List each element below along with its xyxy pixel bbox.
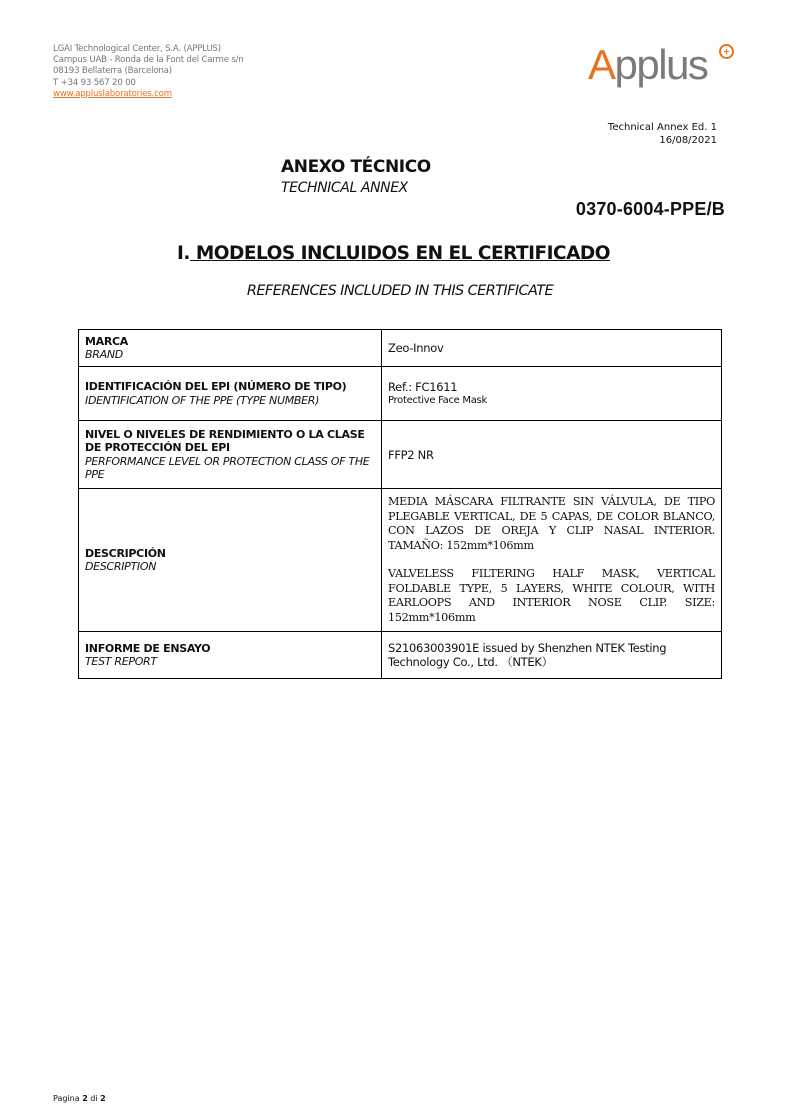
page-footer: Pagina 2 di 2 [53, 1094, 106, 1103]
table-row: MARCABRAND Zeo-Innov [79, 330, 722, 367]
test-report-value: S21063003901E issued by Shenzhen NTEK Te… [388, 641, 666, 669]
label-en: PERFORMANCE LEVEL OR PROTECTION CLASS OF… [85, 455, 375, 482]
footer-sep: di [88, 1094, 100, 1103]
protection-class-value: FFP2 NR [388, 448, 434, 462]
label-es: IDENTIFICACIÓN DEL EPI (NÚMERO DE TIPO) [85, 380, 375, 394]
address-line: 08193 Bellaterra (Barcelona) [53, 66, 244, 77]
row-label: MARCABRAND [79, 330, 382, 367]
section-title: I. MODELOS INCLUIDOS EN EL CERTIFICADO [0, 243, 787, 264]
table-row: NIVEL O NIVELES DE RENDIMIENTO O LA CLAS… [79, 421, 722, 489]
label-es: NIVEL O NIVELES DE RENDIMIENTO O LA CLAS… [85, 428, 375, 455]
description-es: MEDIA MÁSCARA FILTRANTE SIN VÁLVULA, DE … [388, 495, 715, 553]
row-value: FFP2 NR [382, 421, 722, 489]
label-es: MARCA [85, 335, 375, 349]
label-en: IDENTIFICATION OF THE PPE (TYPE NUMBER) [85, 394, 375, 408]
logo-letter: A [588, 41, 615, 88]
total-pages: 2 [100, 1094, 106, 1103]
label-en: DESCRIPTION [85, 560, 375, 574]
row-value: Ref.: FC1611Protective Face Mask [382, 367, 722, 421]
page-title: ANEXO TÉCNICO [281, 157, 431, 177]
plus-circle-icon [719, 44, 734, 59]
section-subtitle: REFERENCES INCLUDED IN THIS CERTIFICATE [0, 283, 787, 299]
phone-line: T +34 93 567 20 00 [53, 78, 244, 89]
section-number: I. [177, 243, 190, 264]
type-desc-value: Protective Face Mask [388, 394, 715, 408]
brand-value: Zeo-Innov [388, 341, 443, 355]
address-line: LGAI Technological Center, S.A. (APPLUS) [53, 44, 244, 55]
row-label: IDENTIFICACIÓN DEL EPI (NÚMERO DE TIPO)I… [79, 367, 382, 421]
label-es: DESCRIPCIÓN [85, 547, 375, 561]
applus-logo: Applus [588, 42, 743, 92]
certificate-number: 0370-6004-PPE/B [576, 199, 725, 220]
row-value: S21063003901E issued by Shenzhen NTEK Te… [382, 632, 722, 679]
description-en: VALVELESS FILTERING HALF MASK, VERTICAL … [388, 567, 715, 625]
label-es: INFORME DE ENSAYO [85, 642, 375, 656]
row-label: NIVEL O NIVELES DE RENDIMIENTO O LA CLAS… [79, 421, 382, 489]
type-ref-value: Ref.: FC1611 [388, 380, 715, 394]
table-row: INFORME DE ENSAYOTEST REPORT S2106300390… [79, 632, 722, 679]
table-row: IDENTIFICACIÓN DEL EPI (NÚMERO DE TIPO)I… [79, 367, 722, 421]
section-heading: MODELOS INCLUIDOS EN EL CERTIFICADO [190, 243, 610, 264]
footer-prefix: Pagina [53, 1094, 82, 1103]
table-row: DESCRIPCIÓNDESCRIPTION MEDIA MÁSCARA FIL… [79, 489, 722, 632]
page-subtitle: TECHNICAL ANNEX [281, 180, 408, 196]
annex-edition-block: Technical Annex Ed. 1 16/08/2021 [608, 121, 717, 147]
models-table: MARCABRAND Zeo-Innov IDENTIFICACIÓN DEL … [78, 329, 722, 679]
row-label: INFORME DE ENSAYOTEST REPORT [79, 632, 382, 679]
logo-text: pplus [615, 41, 708, 88]
address-line: Campus UAB - Ronda de la Font del Carme … [53, 55, 244, 66]
row-value: MEDIA MÁSCARA FILTRANTE SIN VÁLVULA, DE … [382, 489, 722, 632]
label-en: BRAND [85, 348, 375, 362]
website-link[interactable]: www.appluslaboratories.com [53, 89, 172, 99]
company-address: LGAI Technological Center, S.A. (APPLUS)… [53, 44, 244, 100]
annex-date: 16/08/2021 [608, 134, 717, 147]
label-en: TEST REPORT [85, 655, 375, 669]
row-label: DESCRIPCIÓNDESCRIPTION [79, 489, 382, 632]
row-value: Zeo-Innov [382, 330, 722, 367]
annex-edition: Technical Annex Ed. 1 [608, 121, 717, 134]
